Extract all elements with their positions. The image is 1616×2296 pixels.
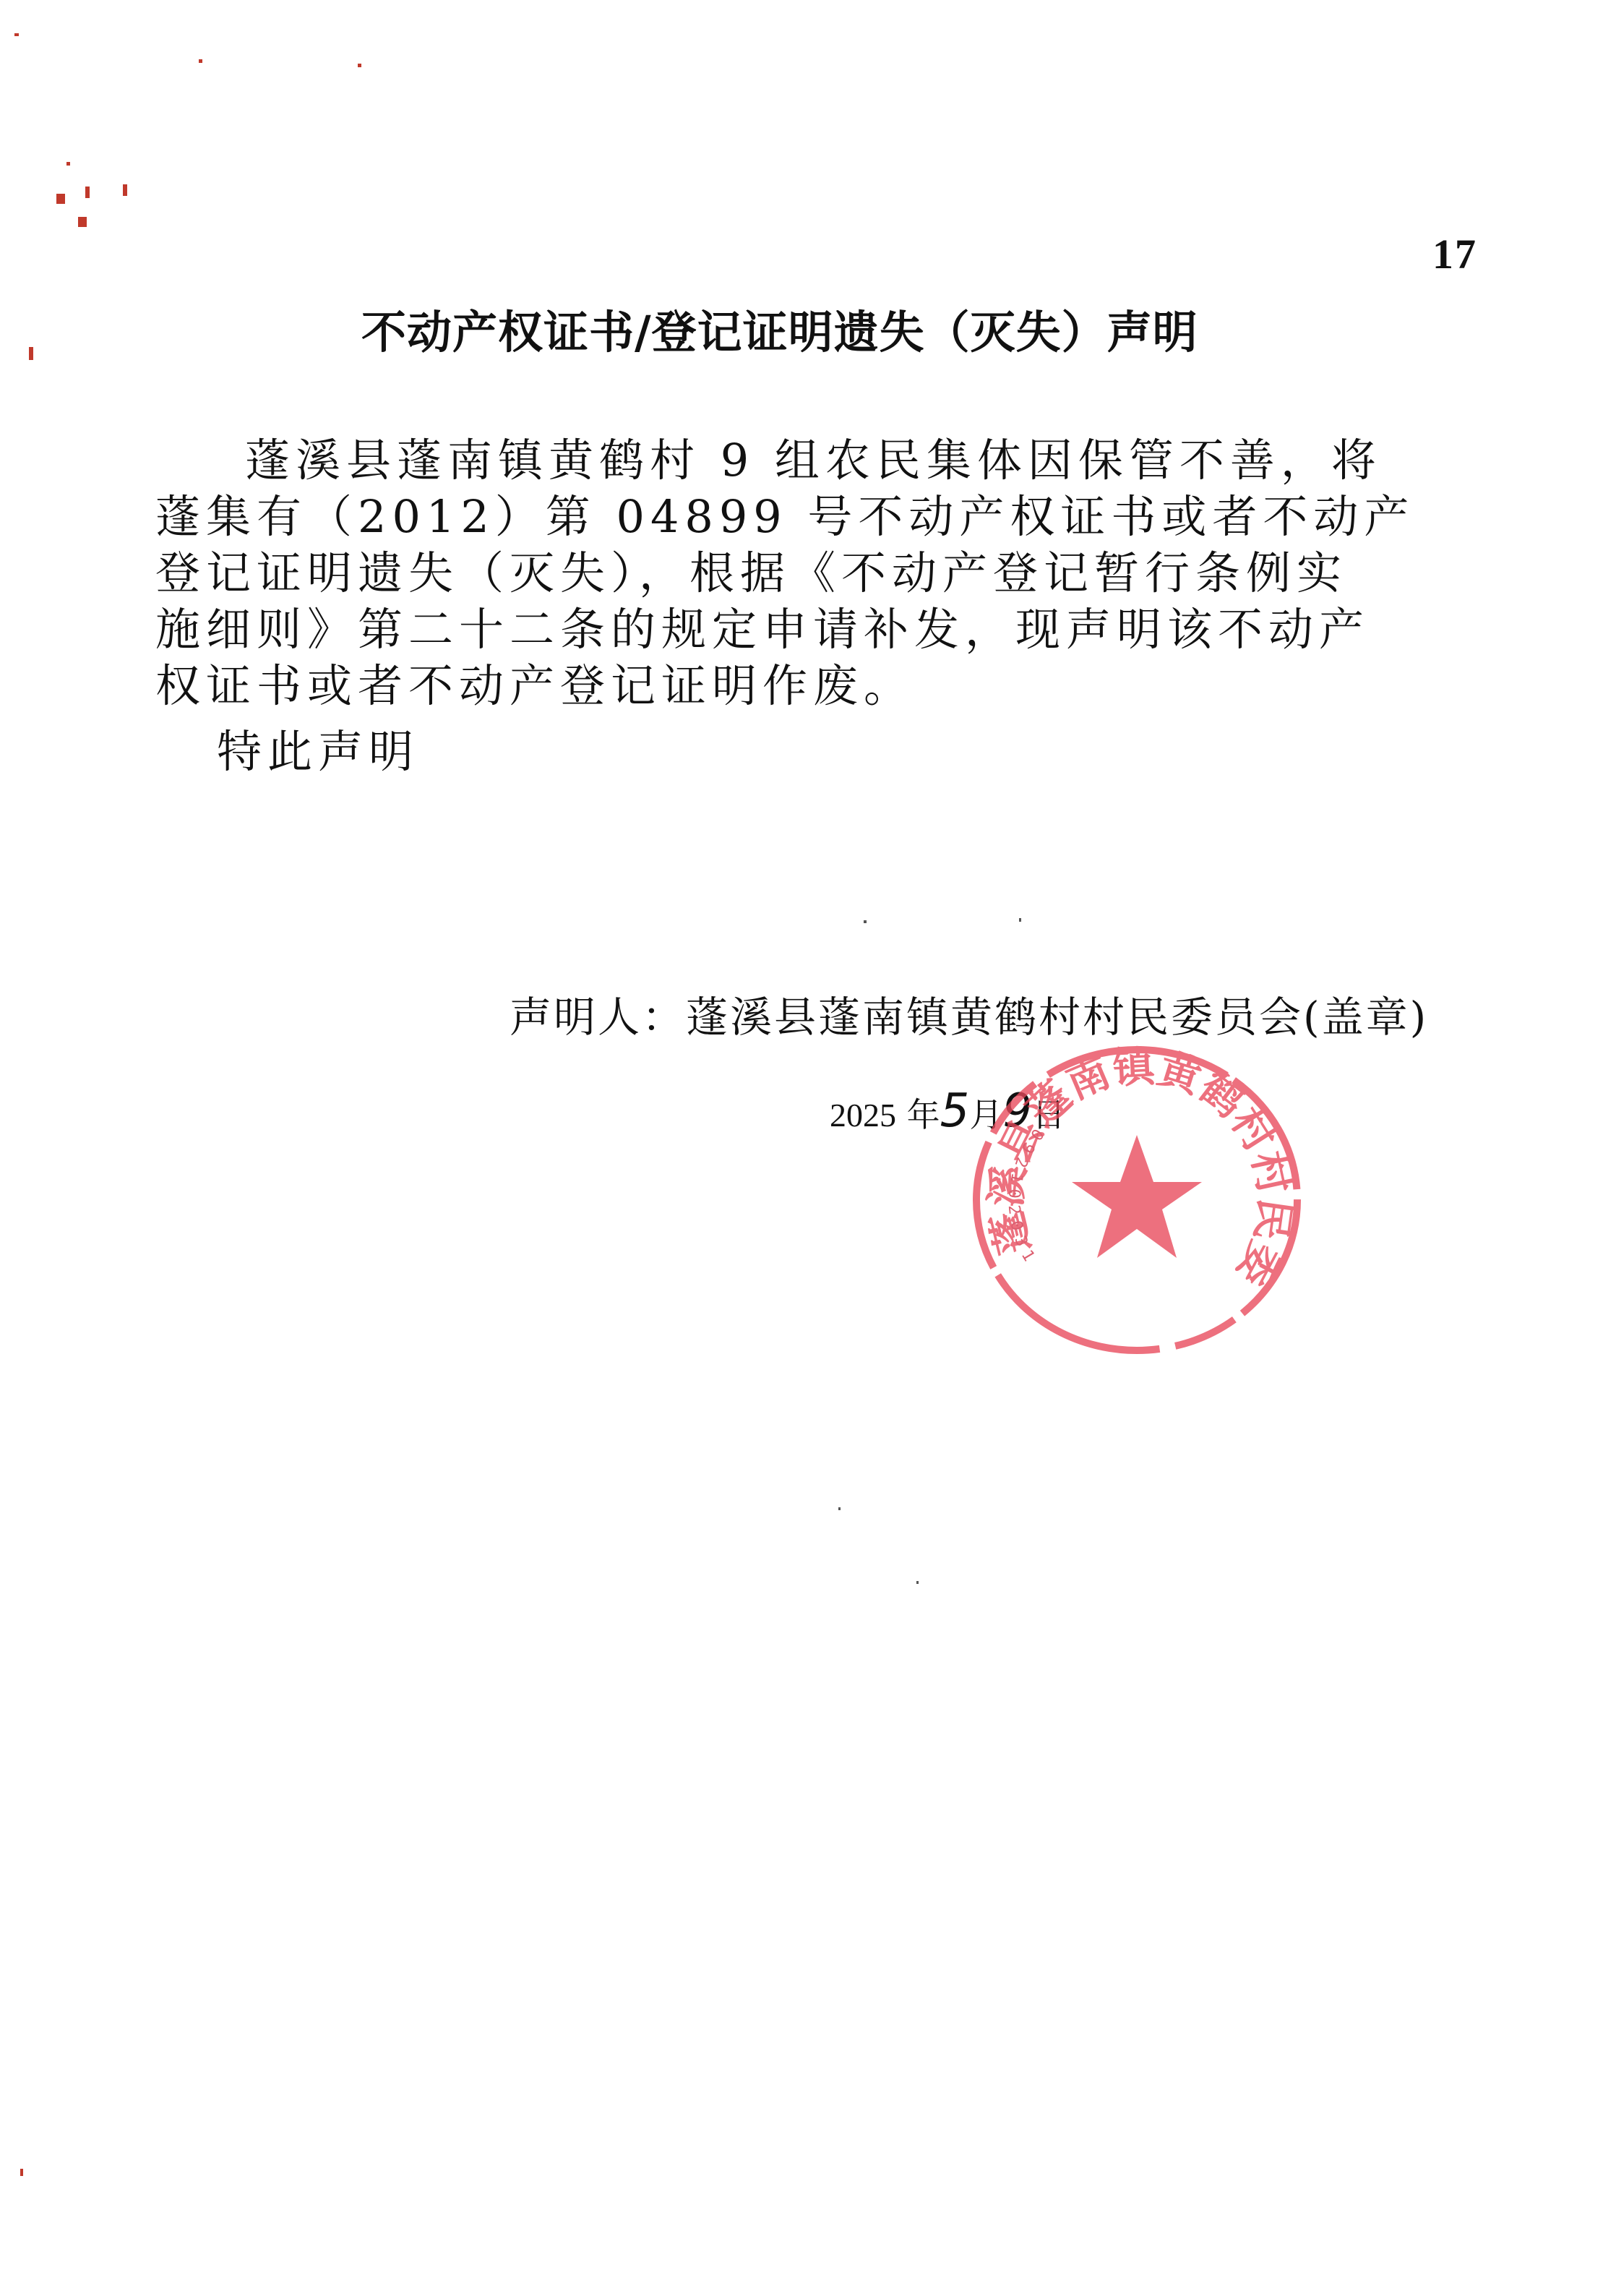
declarant-label: 声明人： xyxy=(510,993,686,1042)
date-month-handwritten: 5 xyxy=(940,1084,970,1138)
scan-artifact xyxy=(20,2169,23,2176)
scan-artifact xyxy=(199,59,202,63)
body-line: 施细则》第二十二条的规定申请补发，现声明该不动产 xyxy=(155,601,1435,658)
scan-artifact xyxy=(1019,918,1021,922)
declarant-name: 蓬溪县蓬南镇黄鹤村村民委员会(盖章) xyxy=(686,993,1428,1042)
document-page: 17 不动产权证书/登记证明遗失（灭失）声明 蓬溪县蓬南镇黄鹤村 9 组农民集体… xyxy=(0,0,1616,2296)
body-line: 权证书或者不动产登记证明作废。 xyxy=(155,658,1435,714)
date-year-unit: 年 xyxy=(907,1095,940,1134)
closing-statement: 特此声明 xyxy=(217,716,419,780)
body-line: 蓬溪县蓬南镇黄鹤村 9 组农民集体因保管不善，将 xyxy=(155,432,1435,489)
scan-artifact xyxy=(56,194,65,204)
declarant: 声明人：蓬溪县蓬南镇黄鹤村村民委员会(盖章) xyxy=(510,983,1428,1044)
declaration-body: 蓬溪县蓬南镇黄鹤村 9 组农民集体因保管不善，将 蓬集有（2012）第 0489… xyxy=(155,432,1435,714)
scan-artifact xyxy=(66,162,70,166)
scan-artifact xyxy=(123,184,127,196)
body-line: 登记证明遗失（灭失），根据《不动产登记暂行条例实 xyxy=(155,545,1435,601)
star-icon xyxy=(1072,1135,1202,1258)
scan-artifact xyxy=(78,217,87,227)
scan-artifact xyxy=(358,64,361,67)
scan-artifact xyxy=(85,187,90,198)
page-number: 17 xyxy=(1432,230,1477,278)
scan-artifact xyxy=(916,1581,919,1584)
body-line: 蓬集有（2012）第 04899 号不动产权证书或者不动产 xyxy=(155,489,1435,545)
date-year: 2025 xyxy=(830,1097,896,1134)
document-title: 不动产权证书/登记证明遗失（灭失）声明 xyxy=(361,296,1272,361)
official-seal-stamp: 蓬溪县蓬南镇黄鹤村村民委员会 092102031 xyxy=(967,1041,1307,1359)
scan-artifact xyxy=(14,33,19,36)
scan-artifact xyxy=(864,920,867,923)
scan-artifact xyxy=(29,347,33,360)
scan-artifact xyxy=(838,1507,841,1510)
